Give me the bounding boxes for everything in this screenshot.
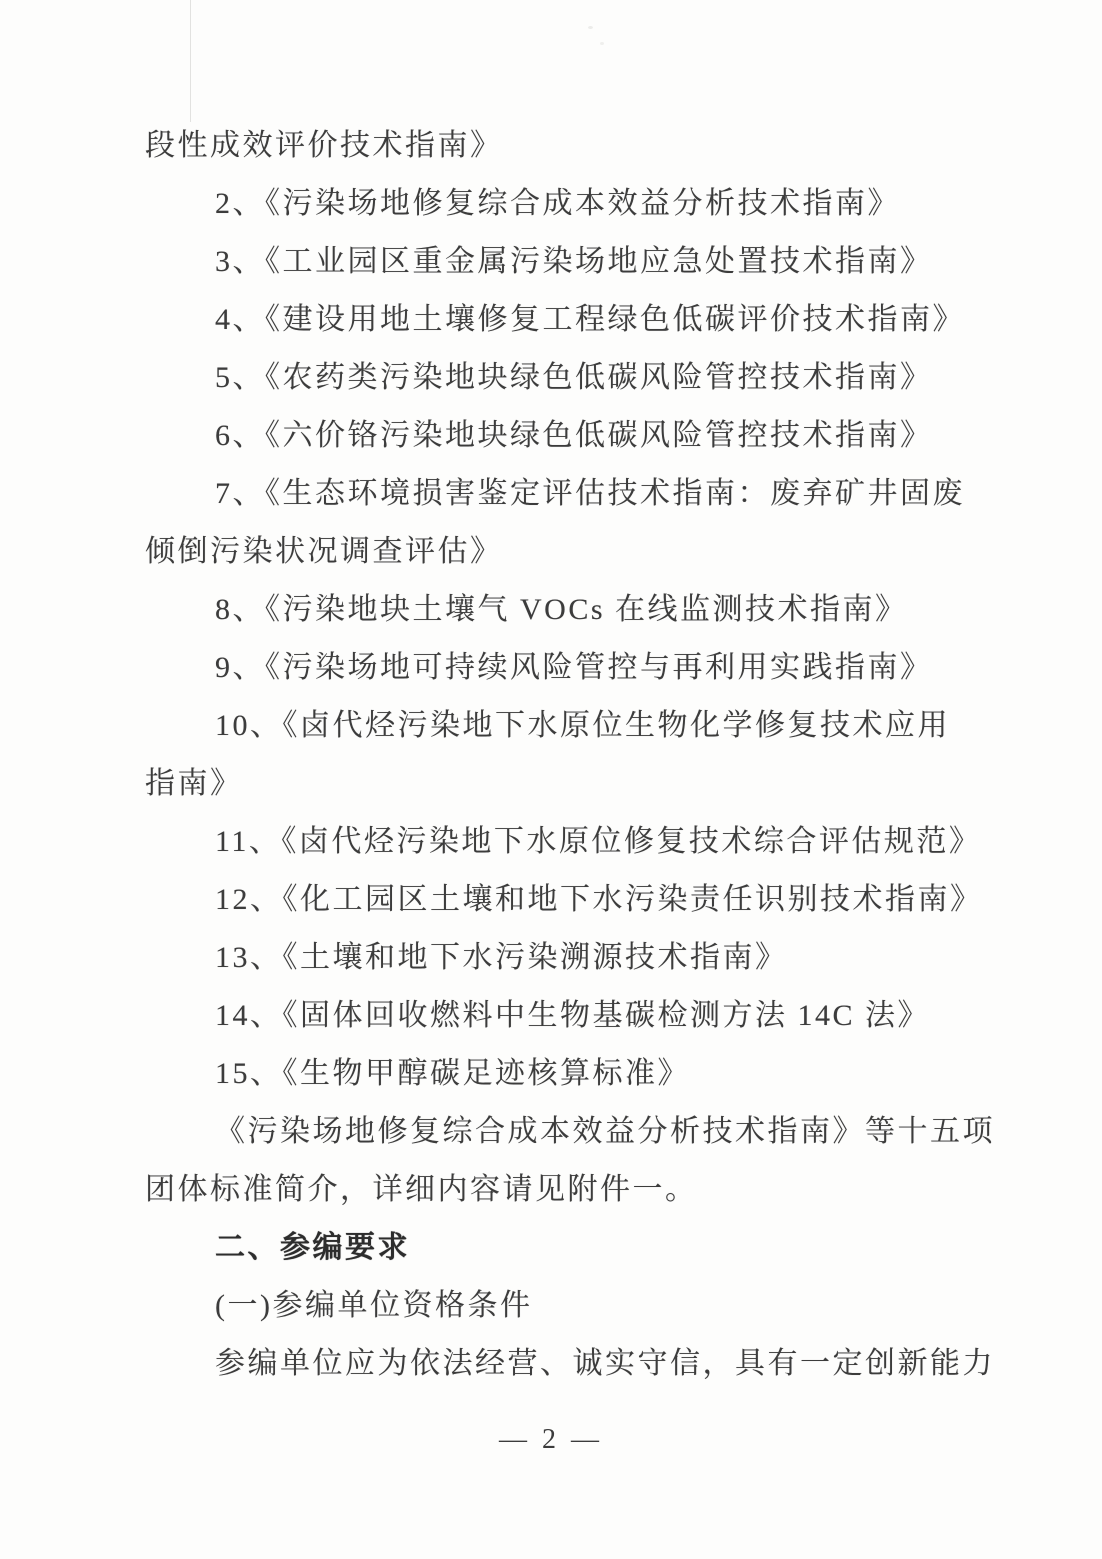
summary-paragraph-wrap: 团体标准简介，详细内容请见附件一。: [145, 1161, 937, 1219]
scan-artifact: [588, 26, 593, 29]
list-item-12: 12、《化工园区土壤和地下水污染责任识别技术指南》: [145, 871, 937, 929]
list-item-5: 5、《农药类污染地块绿色低碳风险管控技术指南》: [145, 349, 937, 407]
scan-artifact: [600, 42, 604, 45]
body-paragraph-line: 参编单位应为依法经营、诚实守信，具有一定创新能力: [145, 1335, 937, 1393]
list-item-2: 2、《污染场地修复综合成本效益分析技术指南》: [145, 175, 937, 233]
summary-paragraph-line: 《污染场地修复综合成本效益分析技术指南》等十五项: [145, 1103, 937, 1161]
list-item-13: 13、《土壤和地下水污染溯源技术指南》: [145, 929, 937, 987]
list-item-11: 11、《卤代烃污染地下水原位修复技术综合评估规范》: [145, 813, 937, 871]
scanned-document-page: 段性成效评价技术指南》 2、《污染场地修复综合成本效益分析技术指南》 3、《工业…: [0, 0, 1102, 1559]
section-heading: 二、参编要求: [145, 1219, 937, 1277]
list-item-9: 9、《污染场地可持续风险管控与再利用实践指南》: [145, 639, 937, 697]
list-item-7-wrap: 倾倒污染状况调查评估》: [145, 523, 937, 581]
list-item-3: 3、《工业园区重金属污染场地应急处置技术指南》: [145, 233, 937, 291]
continuation-line: 段性成效评价技术指南》: [145, 117, 937, 175]
subsection-heading: (一)参编单位资格条件: [145, 1277, 937, 1335]
list-item-10-wrap: 指南》: [145, 755, 937, 813]
list-item-15: 15、《生物甲醇碳足迹核算标准》: [145, 1045, 937, 1103]
list-item-4: 4、《建设用地土壤修复工程绿色低碳评价技术指南》: [145, 291, 937, 349]
list-item-8: 8、《污染地块土壤气 VOCs 在线监测技术指南》: [145, 581, 937, 639]
page-number: — 2 —: [0, 1424, 1102, 1456]
scan-artifact: [190, 0, 191, 122]
list-item-6: 6、《六价铬污染地块绿色低碳风险管控技术指南》: [145, 407, 937, 465]
document-body: 段性成效评价技术指南》 2、《污染场地修复综合成本效益分析技术指南》 3、《工业…: [145, 117, 937, 1393]
list-item-14: 14、《固体回收燃料中生物基碳检测方法 14C 法》: [145, 987, 937, 1045]
list-item-7: 7、《生态环境损害鉴定评估技术指南：废弃矿井固废: [145, 465, 937, 523]
list-item-10: 10、《卤代烃污染地下水原位生物化学修复技术应用: [145, 697, 937, 755]
